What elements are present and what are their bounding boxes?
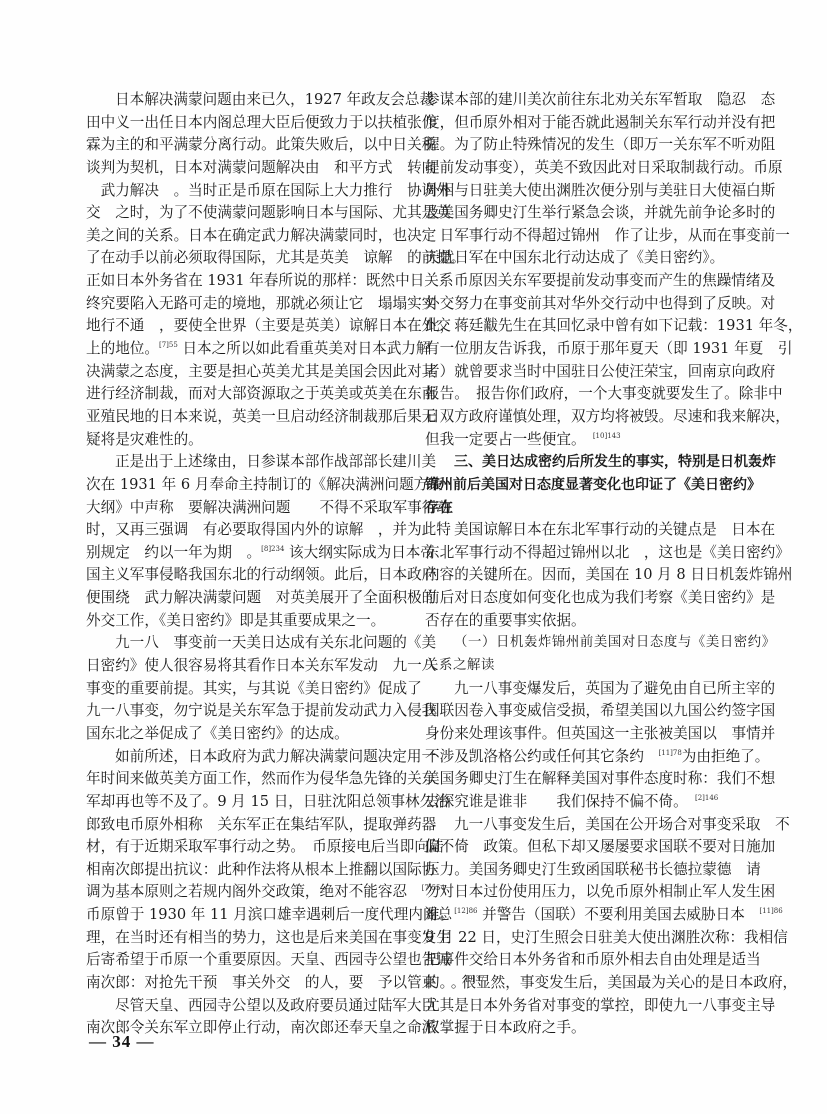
text-line: 勿对日本过份使用压力，以免币原外相制止军人发生困 <box>425 881 748 904</box>
text-line: 事变的重要前提。其实，与其说《美日密约》促成了 <box>86 678 406 701</box>
text-line: 外相与日驻美大使出渊胜次便分别与美驻日大使福白斯 <box>425 180 748 203</box>
line-text: 九一八事变爆发后，英国为了避免由自已所主宰的 <box>454 680 775 697</box>
line-text: 亚殖民地的日本来说，英美一旦启动经济制裁那后果无 <box>86 408 436 425</box>
line-text: 并警告（国联）不要利用美国去威胁日本 <box>477 906 759 923</box>
line-text: 理，在当时还有相当的势力，这也是后来美国在事变发生 <box>86 929 451 946</box>
line-text: 此，蒋廷黻先生在其回忆录中曾有如下记载：1931 年冬， <box>425 317 802 334</box>
line-text: 把事件交给日本外务省和币原外相去自由处理是适当 <box>425 951 761 968</box>
text-line: 理，在当时还有相当的势力，这也是后来美国在事变发生 <box>86 927 406 950</box>
text-line: 度，但币原外相对于能否就此遏制关东军行动并没有把 <box>425 112 748 135</box>
text-line: 南次郎：对抢先干预 事关外交 的人，要 予以管束 。[9]37 <box>86 972 406 995</box>
text-line: 去探究谁是谁非 我们保持不偏不倚。 [2]146 <box>425 791 748 814</box>
left-column: 日本解决满蒙问题由来已久，1927 年政友会总裁田中义一出任日本内阁总理大臣后便… <box>86 89 406 1040</box>
line-text: 日军事行动不得超过锦州 作了让步，从而在事变前一 <box>425 227 790 244</box>
text-line: 日双方政府谨慎处理，双方均将被毁。尽速和我来解决， <box>425 406 748 429</box>
line-text: 关系之解读 <box>425 658 495 673</box>
text-line: 报告。 报告你们政府，一个大事变就要发生了。除非中 <box>425 383 748 406</box>
text-line: 谈判为契机，日本对满蒙问题解决由 和平方式 转向 <box>86 157 406 180</box>
text-line: 不涉及凯洛格公约或任何其它条约 [11]78为由拒绝了。 <box>425 746 748 769</box>
text-line: 别规定 约以一年为期 。[8]234 该大纲实际成为日本帝 <box>86 542 406 565</box>
citation-ref: [2]146 <box>695 794 718 802</box>
citation-ref: [10]143 <box>593 432 621 440</box>
line-text: 外交努力在事变前其对华外交行动中也得到了反映。对 <box>425 295 775 312</box>
line-text: 上的地位。 <box>86 340 159 357</box>
line-text: 了在动手以前必须取得国际，尤其是英美 谅解 的前提。 <box>86 249 465 266</box>
text-line: 前后对日态度如何变化也成为我们考察《美日密约》是 <box>425 587 748 610</box>
line-text: （一）日机轰炸锦州前美国对日态度与《美日密约》 <box>454 635 776 650</box>
text-line: 年时间来做英美方面工作，然而作为侵华急先锋的关东 <box>86 768 406 791</box>
line-text: 内容的关键所在。因而，美国在 10 月 8 日日机轰炸锦州 <box>425 566 792 583</box>
line-text: 正是出于上述缘由，日参谋本部作战部部长建川美 <box>115 453 436 470</box>
line-text: 国联因卷入事变威信受损，希望美国以九国公约签字国 <box>425 702 775 719</box>
text-line: 便围绕 武力解决满蒙问题 对英美展开了全面积极的 <box>86 587 406 610</box>
page-number: — 34 — <box>89 1032 155 1052</box>
line-text: 为由拒绝了。 <box>682 748 770 765</box>
text-line: 美之间的关系。日本在确定武力解决满蒙同时，也决定 <box>86 225 406 248</box>
line-text: 武力解决 。当时正是币原在国际上大力推行 协调外 <box>86 182 451 199</box>
text-line: 地行不通 ，要使全世界（主要是英美）谅解日本在外交 <box>86 315 406 338</box>
line-text: 霖为主的和平满蒙分离行动。此策失败后，以中日关税 <box>86 136 436 153</box>
line-text: 身份来处理该事件。但英国这一主张被美国以 事情并 <box>425 725 775 742</box>
text-line: 外交努力在事变前其对华外交行动中也得到了反映。对 <box>425 293 748 316</box>
line-text: 9 月 22 日，史汀生照会日驻美大使出渊胜次称：我相信 <box>425 929 788 946</box>
text-line: 提前发动事变），英美不致因此对日采取制裁行动。币原 <box>425 157 748 180</box>
text-line: 上的地位。[7]55 日本之所以如此看重英美对日本武力解 <box>86 338 406 361</box>
text-line: 难。[12]86 并警告（国联）不要利用美国去威胁日本 [11]86 <box>425 904 748 927</box>
citation-ref: [8]234 <box>261 545 284 553</box>
line-text: 后寄希望于币原一个重要原因。天皇、西园寺公望也告诫 <box>86 951 451 968</box>
line-text: 谈判为契机，日本对满蒙问题解决由 和平方式 转向 <box>86 159 436 176</box>
line-text: 外交工作，《美日密约》即是其重要成果之一。 <box>86 612 385 629</box>
line-text: 币原曾于 1930 年 11 月滨口雄幸遇刺后一度代理内阁总 <box>86 906 452 923</box>
line-text: 美国务卿史汀生在解释美国对事件态度时称：我们不想 <box>425 770 775 787</box>
line-text: 军却再也等不及了。9 月 15 日，日驻沈阳总领事林久治 <box>86 793 449 810</box>
line-text: 外相与日驻美大使出渊胜次便分别与美驻日大使福白斯 <box>425 182 775 199</box>
line-text: 终究要陷入无路可走的境地，那就必须让它 塌塌实实 <box>86 295 436 312</box>
text-line: 权掌握于日本政府之手。 <box>425 1017 748 1040</box>
line-text: 者）就曾要求当时中国驻日公使汪荣宝，回南京向政府 <box>425 363 775 380</box>
text-line: 日本解决满蒙问题由来已久，1927 年政友会总裁 <box>86 89 406 112</box>
text-line: 大纲》中声称 要解决满洲问题 不得不采取军事行动 <box>86 497 406 520</box>
line-text: 及美国务卿史汀生举行紧急会谈，并就先前争论多时的 <box>425 204 775 221</box>
text-line: 了在动手以前必须取得国际，尤其是英美 谅解 的前提。 <box>86 247 406 270</box>
line-text: 进行经济制裁，而对大部资源取之于英美或英美在东南 <box>86 385 436 402</box>
line-text: 国主义军事侵略我国东北的行动纲领。此后，日本政府 <box>86 566 436 583</box>
text-line: 国东北之举促成了《美日密约》的达成。 <box>86 723 406 746</box>
text-line: 九一八事变发生后，美国在公开场合对事变采取 不 <box>425 814 748 837</box>
text-line: 否存在的重要事实依据。 <box>425 610 748 633</box>
text-line: 后寄希望于币原一个重要原因。天皇、西园寺公望也告诫 <box>86 949 406 972</box>
line-text: 日双方政府谨慎处理，双方均将被毁。尽速和我来解决， <box>425 408 790 425</box>
citation-ref: [11]86 <box>759 907 782 915</box>
text-line: 进行经济制裁，而对大部资源取之于英美或英美在东南 <box>86 383 406 406</box>
section-heading-line: 锦州前后美国对日态度显著变化也印证了《美日密约》 <box>425 474 748 497</box>
line-text: 别规定 约以一年为期 。 <box>86 544 261 561</box>
text-line: 偏不倚 政策。但私下却又屡屡要求国联不要对日施加 <box>425 836 748 859</box>
text-line: 国联因卷入事变威信受损，希望美国以九国公约签字国 <box>425 700 748 723</box>
citation-ref: [12]86 <box>454 907 477 915</box>
text-line: 如前所述，日本政府为武力解决满蒙问题决定用一 <box>86 746 406 769</box>
line-text: 存在 <box>425 500 453 516</box>
line-text: 九一八 事变前一天美日达成有关东北问题的《美 <box>115 634 436 651</box>
text-line: 内容的关键所在。因而，美国在 10 月 8 日日机轰炸锦州 <box>425 564 748 587</box>
line-text: 郎致电币原外相称 关东军正在集结军队，提取弹药器 <box>86 816 436 833</box>
text-line: 天就日军在中国东北行动达成了《美日密约》。 <box>425 247 748 270</box>
text-line: 决满蒙之态度，主要是担心英美尤其是美国会因此对其 <box>86 361 406 384</box>
text-line: 尽管天皇、西园寺公望以及政府要员通过陆军大臣 <box>86 995 406 1018</box>
line-text: 调为基本原则之若规内阁外交政策，绝对不能容忍 <box>86 883 422 900</box>
subsection-heading-line: 关系之解读 <box>425 655 748 678</box>
line-text: 地行不通 ，要使全世界（主要是英美）谅解日本在外交 <box>86 317 451 334</box>
text-line: 田中义一出任日本内阁总理大臣后便致力于以扶植张作 <box>86 112 406 135</box>
section-heading-line: 存在 <box>425 497 748 520</box>
text-line: 武力解决 。当时正是币原在国际上大力推行 协调外 <box>86 180 406 203</box>
text-line: 的。 很显然，事变发生后，美国最为关心的是日本政府， <box>425 972 748 995</box>
line-text: 便围绕 武力解决满蒙问题 对英美展开了全面积极的 <box>86 589 436 606</box>
text-line: 有一位朋友告诉我，币原于那年夏天（即 1931 年夏 引 <box>425 338 748 361</box>
line-text: 天就日军在中国东北行动达成了《美日密约》。 <box>425 249 724 266</box>
text-line: 东北军事行动不得超过锦州以北 ，这也是《美日密约》 <box>425 542 748 565</box>
section-heading-line: 三、美日达成密约后所发生的事实，特别是日机轰炸 <box>425 451 748 474</box>
text-line: 九一八 事变前一天美日达成有关东北问题的《美 <box>86 632 406 655</box>
line-text: 次在 1931 年 6 月奉命主持制订的《解决满洲问题方策 <box>86 476 443 493</box>
line-text: 但我一定要占一些便宜。 <box>425 431 593 448</box>
line-text: 报告。 报告你们政府，一个大事变就要发生了。除非中 <box>425 385 783 402</box>
line-text: 有一位朋友告诉我，币原于那年夏天（即 1931 年夏 引 <box>425 340 792 357</box>
text-line: 次在 1931 年 6 月奉命主持制订的《解决满洲问题方策 <box>86 474 406 497</box>
text-line: 9 月 22 日，史汀生照会日驻美大使出渊胜次称：我相信 <box>425 927 748 950</box>
text-line: 国主义军事侵略我国东北的行动纲领。此后，日本政府 <box>86 564 406 587</box>
line-text: 九一八事变，勿宁说是关东军急于提前发动武力入侵我 <box>86 702 436 719</box>
text-line: 尤其是日本外务省对事变的掌控，即使九一八事变主导 <box>425 995 748 1018</box>
text-line: 霖为主的和平满蒙分离行动。此策失败后，以中日关税 <box>86 134 406 157</box>
line-text: 决满蒙之态度，主要是担心英美尤其是美国会因此对其 <box>86 363 436 380</box>
line-text: 尤其是日本外务省对事变的掌控，即使九一八事变主导 <box>425 997 775 1014</box>
line-text: 材，有于近期采取军事行动之势。 币原接电后当即向陆 <box>86 838 444 855</box>
line-text: 前后对日态度如何变化也成为我们考察《美日密约》是 <box>425 589 775 606</box>
text-line: 参谋本部的建川美次前往东北劝关东军暂取 隐忍 态 <box>425 89 748 112</box>
line-text: 否存在的重要事实依据。 <box>425 612 586 629</box>
line-text: 正如日本外务省在 1931 年春所说的那样：既然中日关系 <box>86 272 453 289</box>
line-text: 事变的重要前提。其实，与其说《美日密约》促成了 <box>86 680 422 697</box>
citation-ref: [11]78 <box>659 749 682 757</box>
text-line: 郎致电币原外相称 关东军正在集结军队，提取弹药器 <box>86 814 406 837</box>
text-line: 压力。美国务卿史汀生致函国联秘书长德拉蒙德 请 <box>425 859 748 882</box>
line-text: 提前发动事变），英美不致因此对日采取制裁行动。币原 <box>425 159 783 176</box>
text-line: 握。为了防止特殊情况的发生（即万一关东军不听劝阻 <box>425 134 748 157</box>
text-line: 外交工作，《美日密约》即是其重要成果之一。 <box>86 610 406 633</box>
text-line: 但我一定要占一些便宜。 [10]143 <box>425 429 748 452</box>
text-line: 交 之时，为了不使满蒙问题影响日本与国际、尤其是英 <box>86 202 406 225</box>
text-line: 九一八事变爆发后，英国为了避免由自已所主宰的 <box>425 678 748 701</box>
citation-ref: [7]55 <box>159 341 178 349</box>
line-text: 日本解决满蒙问题由来已久，1927 年政友会总裁 <box>115 91 434 108</box>
text-line: 把事件交给日本外务省和币原外相去自由处理是适当 <box>425 949 748 972</box>
text-line: 调为基本原则之若规内阁外交政策，绝对不能容忍 [7]554 <box>86 881 406 904</box>
line-text: 锦州前后美国对日态度显著变化也印证了《美日密约》 <box>425 477 761 493</box>
text-line: 日密约》使人很容易将其看作日本关东军发动 九一八 <box>86 655 406 678</box>
text-line: 者）就曾要求当时中国驻日公使汪荣宝，回南京向政府 <box>425 361 748 384</box>
right-column: 参谋本部的建川美次前往东北劝关东军暂取 隐忍 态度，但币原外相对于能否就此遏制关… <box>425 89 748 1040</box>
text-line: 正如日本外务省在 1931 年春所说的那样：既然中日关系 <box>86 270 406 293</box>
line-text: 时，又再三强调 有必要取得国内外的谅解 ，并为此特 <box>86 521 451 538</box>
text-line: 相南次郎提出抗议：此种作法将从根本上推翻以国际协 <box>86 859 406 882</box>
line-text: 美之间的关系。日本在确定武力解决满蒙同时，也决定 <box>86 227 436 244</box>
line-text: 偏不倚 政策。但私下却又屡屡要求国联不要对日施加 <box>425 838 775 855</box>
line-text: 交 之时，为了不使满蒙问题影响日本与国际、尤其是英 <box>86 204 451 221</box>
text-line: 及美国务卿史汀生举行紧急会谈，并就先前争论多时的 <box>425 202 748 225</box>
line-text: 国东北之举促成了《美日密约》的达成。 <box>86 725 349 742</box>
line-text: 日本之所以如此看重英美对日本武力解 <box>178 340 431 357</box>
line-text: 日密约》使人很容易将其看作日本关东军发动 九一八 <box>86 657 436 674</box>
line-text: 压力。美国务卿史汀生致函国联秘书长德拉蒙德 请 <box>425 861 761 878</box>
line-text: 东北军事行动不得超过锦州以北 ，这也是《美日密约》 <box>425 544 790 561</box>
text-line: 此，蒋廷黻先生在其回忆录中曾有如下记载：1931 年冬， <box>425 315 748 338</box>
subsection-heading-line: （一）日机轰炸锦州前美国对日态度与《美日密约》 <box>425 632 748 655</box>
text-line: 日军事行动不得超过锦州 作了让步，从而在事变前一 <box>425 225 748 248</box>
text-line: 时，又再三强调 有必要取得国内外的谅解 ，并为此特 <box>86 519 406 542</box>
text-line: 亚殖民地的日本来说，英美一旦启动经济制裁那后果无 <box>86 406 406 429</box>
text-line: 币原因关东军要提前发动事变而产生的焦躁情绪及 <box>425 270 748 293</box>
line-text: 尽管天皇、西园寺公望以及政府要员通过陆军大臣 <box>115 997 436 1014</box>
line-text: 难。 <box>425 906 454 923</box>
line-text: 的。 很显然，事变发生后，美国最为关心的是日本政府， <box>425 974 797 991</box>
line-text: 年时间来做英美方面工作，然而作为侵华急先锋的关东 <box>86 770 436 787</box>
line-text: 勿对日本过份使用压力，以免币原外相制止军人发生困 <box>425 883 775 900</box>
line-text: 度，但币原外相对于能否就此遏制关东军行动并没有把 <box>425 114 775 131</box>
text-line: 终究要陷入无路可走的境地，那就必须让它 塌塌实实 <box>86 293 406 316</box>
line-text: 南次郎：对抢先干预 事关外交 的人，要 予以管束 。 <box>86 974 465 991</box>
line-text: 权掌握于日本政府之手。 <box>425 1019 586 1036</box>
line-text: 疑将是灾难性的。 <box>86 431 203 448</box>
text-line: 疑将是灾难性的。 <box>86 429 406 452</box>
line-text: 参谋本部的建川美次前往东北劝关东军暂取 隐忍 态 <box>425 91 775 108</box>
line-text: 币原因关东军要提前发动事变而产生的焦躁情绪及 <box>454 272 775 289</box>
line-text: 去探究谁是谁非 我们保持不偏不倚。 <box>425 793 695 810</box>
line-text: 如前所述，日本政府为武力解决满蒙问题决定用一 <box>115 748 436 765</box>
text-line: 正是出于上述缘由，日参谋本部作战部部长建川美 <box>86 451 406 474</box>
text-line: 军却再也等不及了。9 月 15 日，日驻沈阳总领事林久治 <box>86 791 406 814</box>
line-text: 相南次郎提出抗议：此种作法将从根本上推翻以国际协 <box>86 861 436 878</box>
text-line: 美国务卿史汀生在解释美国对事件态度时称：我们不想 <box>425 768 748 791</box>
line-text: 不涉及凯洛格公约或任何其它条约 <box>425 748 659 765</box>
line-text: 大纲》中声称 要解决满洲问题 不得不采取军事行动 <box>86 499 451 516</box>
line-text: 该大纲实际成为日本帝 <box>284 544 435 561</box>
line-text: 三、美日达成密约后所发生的事实，特别是日机轰炸 <box>454 454 776 470</box>
text-line: 身份来处理该事件。但英国这一主张被美国以 事情并 <box>425 723 748 746</box>
text-line: 币原曾于 1930 年 11 月滨口雄幸遇刺后一度代理内阁总 <box>86 904 406 927</box>
line-text: 九一八事变发生后，美国在公开场合对事变采取 不 <box>454 816 790 833</box>
text-line: 美国谅解日本在东北军事行动的关键点是 日本在 <box>425 519 748 542</box>
text-line: 材，有于近期采取军事行动之势。 币原接电后当即向陆 <box>86 836 406 859</box>
line-text: 握。为了防止特殊情况的发生（即万一关东军不听劝阻 <box>425 136 775 153</box>
line-text: 田中义一出任日本内阁总理大臣后便致力于以扶植张作 <box>86 114 436 131</box>
text-line: 九一八事变，勿宁说是关东军急于提前发动武力入侵我 <box>86 700 406 723</box>
line-text: 美国谅解日本在东北军事行动的关键点是 日本在 <box>454 521 775 538</box>
